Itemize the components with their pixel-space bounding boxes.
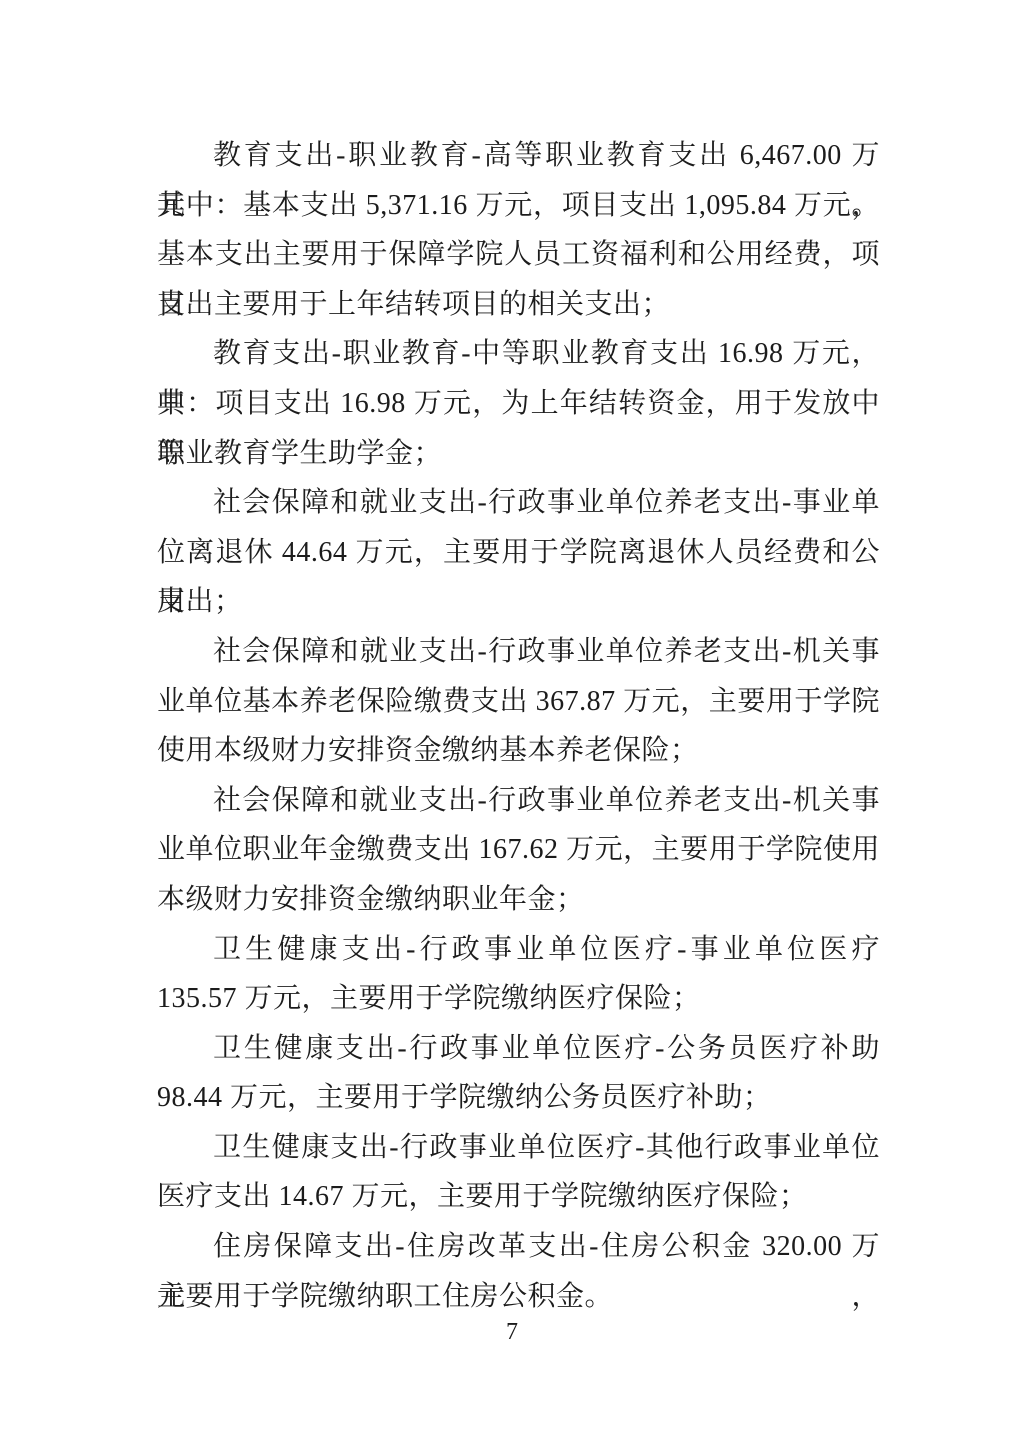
text-line: 社会保障和就业支出-行政事业单位养老支出-事业单 bbox=[157, 478, 880, 528]
paragraph: 社会保障和就业支出-行政事业单位养老支出-事业单位离退休 44.64 万元，主要… bbox=[157, 478, 880, 627]
text-line: 医疗支出 14.67 万元，主要用于学院缴纳医疗保险； bbox=[157, 1172, 880, 1222]
body-text: 教育支出-职业教育-高等职业教育支出 6,467.00 万元，其中：基本支出 5… bbox=[157, 131, 880, 1321]
page-number: 7 bbox=[0, 1315, 1024, 1349]
text-line: 支出主要用于上年结转项目的相关支出； bbox=[157, 280, 880, 330]
text-line: 基本支出主要用于保障学院人员工资福利和公用经费，项目 bbox=[157, 230, 880, 280]
text-line: 本级财力安排资金缴纳职业年金； bbox=[157, 875, 880, 925]
paragraph: 教育支出-职业教育-中等职业教育支出 16.98 万元，其中：项目支出 16.9… bbox=[157, 329, 880, 478]
text-line: 使用本级财力安排资金缴纳基本养老保险； bbox=[157, 726, 880, 776]
document-page: 教育支出-职业教育-高等职业教育支出 6,467.00 万元，其中：基本支出 5… bbox=[0, 0, 1024, 1448]
text-line: 教育支出-职业教育-高等职业教育支出 6,467.00 万元， bbox=[157, 131, 880, 181]
paragraph: 卫生健康支出-行政事业单位医疗-公务员医疗补助98.44 万元，主要用于学院缴纳… bbox=[157, 1024, 880, 1123]
paragraph: 教育支出-职业教育-高等职业教育支出 6,467.00 万元，其中：基本支出 5… bbox=[157, 131, 880, 329]
text-line: 支出； bbox=[157, 577, 880, 627]
paragraph: 卫生健康支出-行政事业单位医疗-事业单位医疗135.57 万元，主要用于学院缴纳… bbox=[157, 925, 880, 1024]
paragraph: 社会保障和就业支出-行政事业单位养老支出-机关事业单位职业年金缴费支出 167.… bbox=[157, 776, 880, 925]
text-line: 98.44 万元，主要用于学院缴纳公务员医疗补助； bbox=[157, 1073, 880, 1123]
text-line: 住房保障支出-住房改革支出-住房公积金 320.00 万元， bbox=[157, 1222, 880, 1272]
text-line: 中：项目支出 16.98 万元，为上年结转资金，用于发放中等 bbox=[157, 379, 880, 429]
text-line: 社会保障和就业支出-行政事业单位养老支出-机关事 bbox=[157, 776, 880, 826]
text-line: 业单位职业年金缴费支出 167.62 万元，主要用于学院使用 bbox=[157, 825, 880, 875]
paragraph: 社会保障和就业支出-行政事业单位养老支出-机关事业单位基本养老保险缴费支出 36… bbox=[157, 627, 880, 776]
text-line: 卫生健康支出-行政事业单位医疗-公务员医疗补助 bbox=[157, 1024, 880, 1074]
text-line: 职业教育学生助学金； bbox=[157, 429, 880, 479]
text-line: 135.57 万元，主要用于学院缴纳医疗保险； bbox=[157, 974, 880, 1024]
text-line: 位离退休 44.64 万元，主要用于学院离退休人员经费和公用 bbox=[157, 528, 880, 578]
paragraph: 卫生健康支出-行政事业单位医疗-其他行政事业单位医疗支出 14.67 万元，主要… bbox=[157, 1123, 880, 1222]
text-line: 卫生健康支出-行政事业单位医疗-事业单位医疗 bbox=[157, 925, 880, 975]
text-line: 教育支出-职业教育-中等职业教育支出 16.98 万元，其 bbox=[157, 329, 880, 379]
text-line: 社会保障和就业支出-行政事业单位养老支出-机关事 bbox=[157, 627, 880, 677]
text-line: 业单位基本养老保险缴费支出 367.87 万元，主要用于学院 bbox=[157, 677, 880, 727]
text-line: 其中：基本支出 5,371.16 万元，项目支出 1,095.84 万元。 bbox=[157, 181, 880, 231]
paragraph: 住房保障支出-住房改革支出-住房公积金 320.00 万元，主要用于学院缴纳职工… bbox=[157, 1222, 880, 1321]
text-line: 卫生健康支出-行政事业单位医疗-其他行政事业单位 bbox=[157, 1123, 880, 1173]
